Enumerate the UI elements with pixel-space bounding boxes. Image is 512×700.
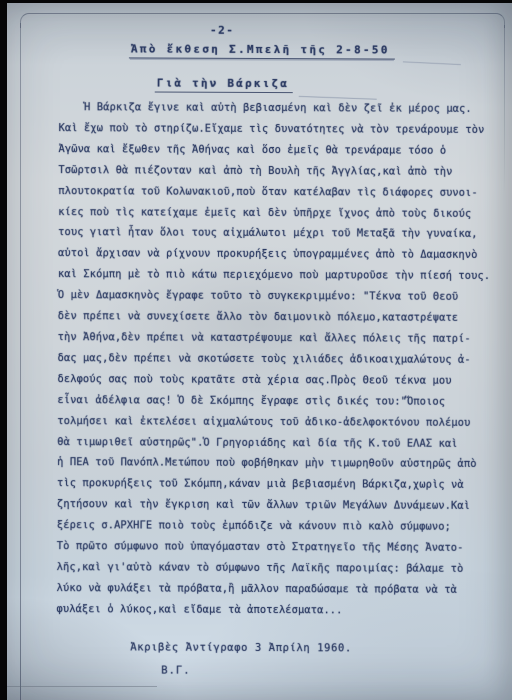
report-title: Ἀπὸ ἔκθεση Σ.Μπελῆ τῆς 2-8-50 bbox=[129, 42, 395, 59]
paper-page: -2- Ἀπὸ ἔκθεση Σ.Μπελῆ τῆς 2-8-50 Γιὰ τὴ… bbox=[7, 3, 512, 700]
document-photo: -2- Ἀπὸ ἔκθεση Σ.Μπελῆ τῆς 2-8-50 Γιὰ τὴ… bbox=[0, 0, 512, 700]
page-number: -2- bbox=[210, 24, 234, 37]
body-text: Ἡ Βάρκιζα ἔγινε καὶ αὐτὴ βεβιασμένη καὶ … bbox=[56, 97, 490, 622]
paper-crease-line bbox=[7, 686, 157, 687]
section-heading: Γιὰ τὴν Βάρκιζα bbox=[155, 77, 293, 94]
closing-line: Ἀκριβὲς Ἀντίγραφο 3 Ἀπρίλη 1960. bbox=[130, 641, 352, 654]
typewritten-content: -2- Ἀπὸ ἔκθεση Σ.Μπελῆ τῆς 2-8-50 Γιὰ τὴ… bbox=[4, 3, 512, 700]
stray-underline-stroke bbox=[403, 61, 461, 65]
initials: Β.Γ. bbox=[161, 665, 190, 677]
